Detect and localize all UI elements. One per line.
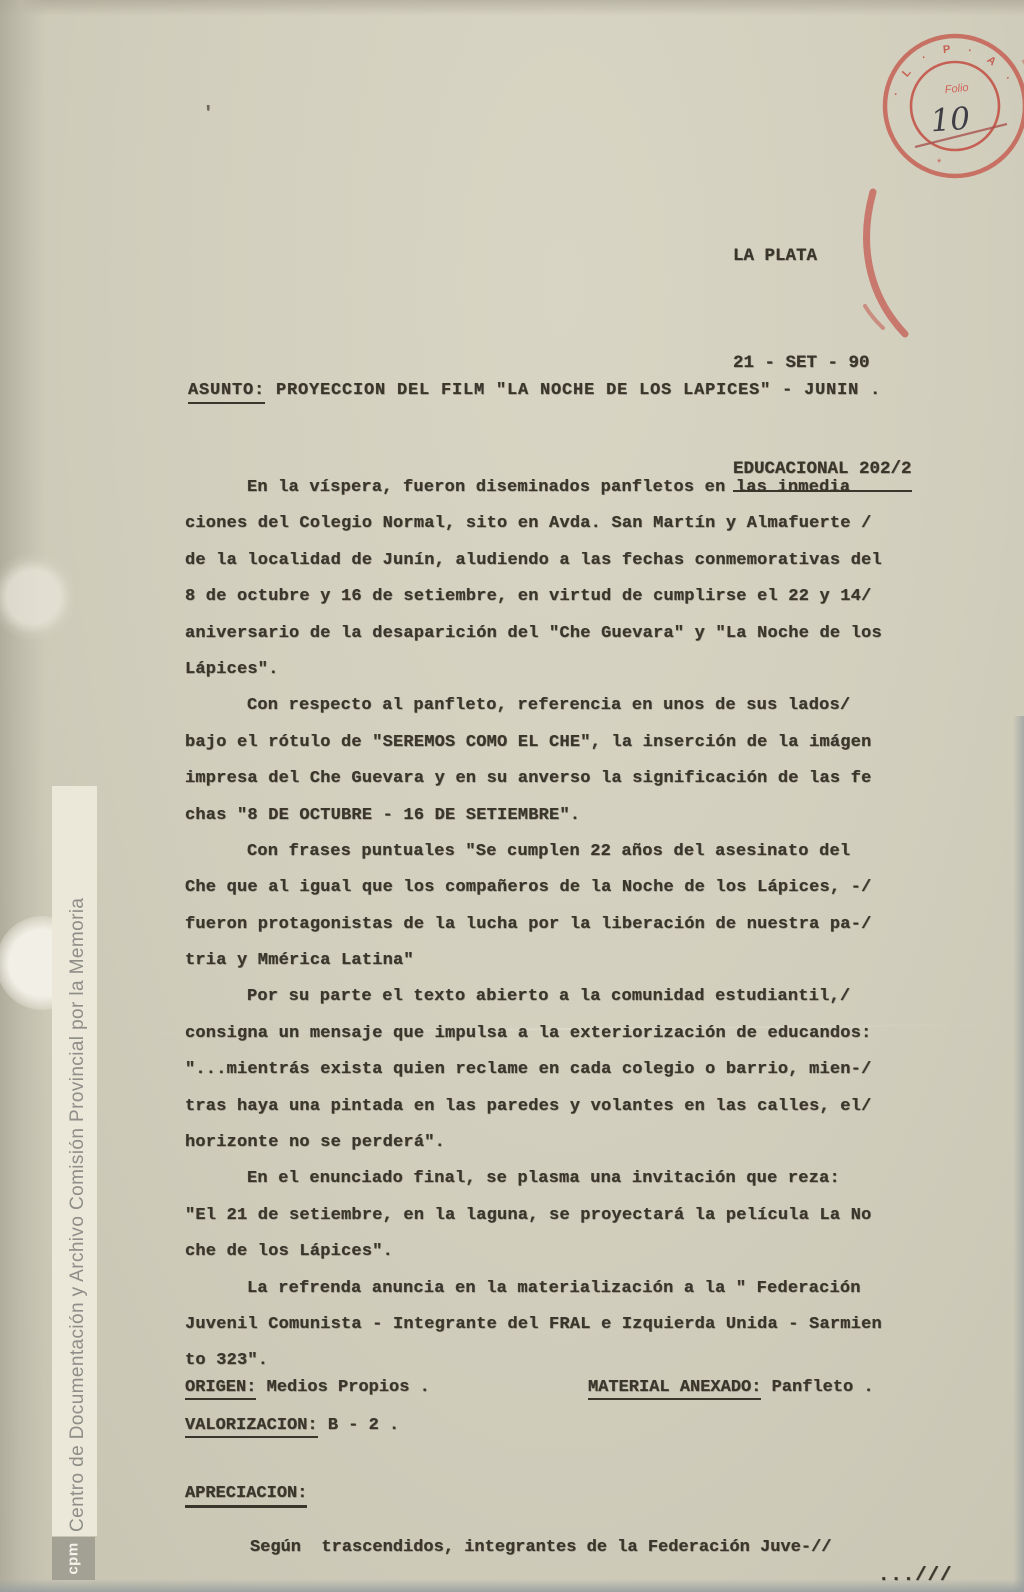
body-line: bajo el rótulo de "SEREMOS COMO EL CHE",…: [185, 725, 935, 761]
punch-hole-top: [0, 552, 76, 642]
body-line: Lápices".: [185, 652, 935, 688]
body-line: En la víspera, fueron diseminados panfle…: [185, 470, 935, 506]
apreciacion-label: APRECIACION:: [185, 1484, 307, 1508]
body-line: Con respecto al panfleto, referencia en …: [185, 688, 935, 724]
header-date: 21 - SET - 90: [733, 346, 912, 382]
stray-ink-mark: ': [203, 104, 213, 123]
valorizacion-label: VALORIZACION:: [185, 1416, 318, 1438]
body-line: En el enunciado final, se plasma una inv…: [185, 1161, 935, 1197]
body-line: horizonte no se perderá".: [185, 1125, 935, 1161]
valorizacion-value: B - 2 .: [318, 1416, 400, 1435]
body-line: tras haya una pintada en las paredes y v…: [185, 1089, 935, 1125]
valorizacion-field: VALORIZACION: B - 2 .: [185, 1416, 399, 1438]
cpm-logo-text: cpm: [65, 1542, 82, 1574]
body-line: "El 21 de setiembre, en la laguna, se pr…: [185, 1198, 935, 1234]
subject-text: PROYECCION DEL FILM "LA NOCHE DE LOS LAP…: [265, 381, 881, 400]
stamp-folio-label: Folio: [944, 82, 969, 96]
body-line: Che que al igual que los compañeros de l…: [185, 870, 935, 906]
body-line: to 323".: [185, 1343, 935, 1379]
apreciacion-heading: APRECIACION:: [185, 1484, 307, 1508]
body-line: ciones del Colegio Normal, sito en Avda.…: [185, 506, 935, 542]
body-line: "...mientrás exista quien reclame en cad…: [185, 1052, 935, 1088]
body-line: La refrenda anuncia en la materializació…: [185, 1271, 935, 1307]
body-line: aniversario de la desaparición del "Che …: [185, 616, 935, 652]
body-line: fueron protagonistas de la lucha por la …: [185, 907, 935, 943]
apreciacion-line: Según trascendidos, integrantes de la Fe…: [250, 1538, 832, 1557]
header-place: LA PLATA: [733, 239, 912, 275]
body-line: impresa del Che Guevara y en su anverso …: [185, 761, 935, 797]
archive-sidebar-text: Centro de Documentación y Archivo Comisi…: [60, 787, 96, 1532]
body-line: che de los Lápices".: [185, 1234, 935, 1270]
stamp-asterisk: *: [937, 157, 942, 169]
page-continuation-marker: ...///: [878, 1564, 952, 1586]
body-line: Con frases puntuales "Se cumplen 22 años…: [185, 834, 935, 870]
body-line: Por su parte el texto abierto a la comun…: [185, 979, 935, 1015]
scan-edge-left: [0, 0, 46, 1592]
body-line: 8 de octubre y 16 de setiembre, en virtu…: [185, 579, 935, 615]
material-anexado-field: MATERIAL ANEXADO: Panfleto .: [588, 1378, 874, 1400]
body-line: Juvenil Comunista - Integrante del FRAL …: [185, 1307, 935, 1343]
origen-value: Medios Propios .: [256, 1378, 429, 1397]
origen-field: ORIGEN: Medios Propios .: [185, 1378, 430, 1400]
body-line: chas "8 DE OCTUBRE - 16 DE SETIEMBRE".: [185, 798, 935, 834]
body-line: tria y Mmérica Latina": [185, 943, 935, 979]
material-anexado-label: MATERIAL ANEXADO:: [588, 1378, 761, 1400]
scanned-document-page: ' · L · P · A · Folio 10 * LA PLATA 21 -…: [0, 0, 1024, 1592]
body-line: consigna un mensaje que impulsa a la ext…: [185, 1016, 935, 1052]
material-anexado-value: Panfleto .: [761, 1378, 873, 1397]
body-line: de la localidad de Junín, aludiendo a la…: [185, 543, 935, 579]
origen-label: ORIGEN:: [185, 1378, 256, 1400]
document-body: En la víspera, fueron diseminados panfle…: [185, 470, 935, 1380]
subject-label: ASUNTO:: [188, 381, 265, 404]
scan-edge-right: [1013, 716, 1024, 1592]
subject-line: ASUNTO: PROYECCION DEL FILM "LA NOCHE DE…: [188, 381, 881, 404]
cpm-logo: cpm: [52, 1537, 95, 1580]
scan-edge-bottom: [0, 1579, 1024, 1592]
